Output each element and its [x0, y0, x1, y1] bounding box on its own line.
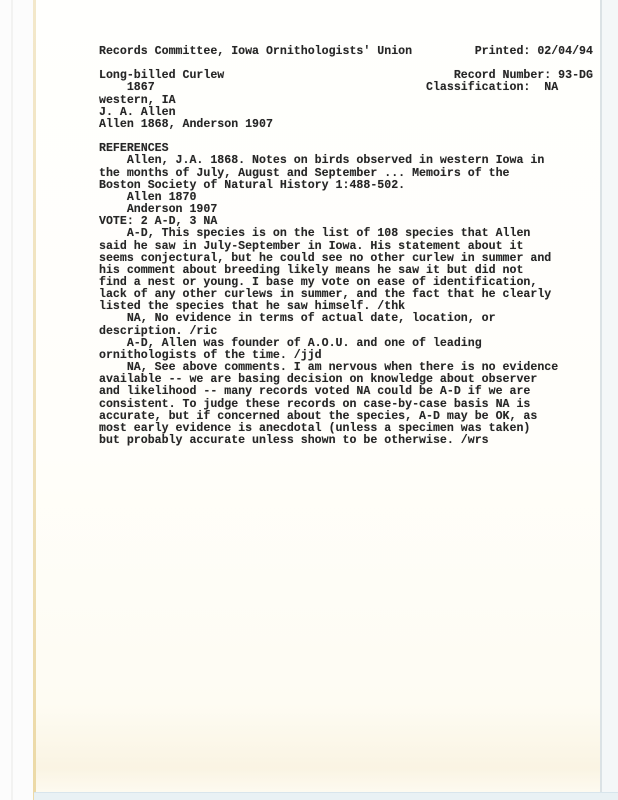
reference-allen-1868-line2: the months of July, August and September…	[99, 168, 593, 180]
vote-comment-thk-line2: said he saw in July-September in Iowa. H…	[99, 241, 593, 253]
vote-comment-wrs-line3: and likelihood -- many records voted NA …	[99, 386, 593, 398]
spacer-line	[99, 131, 593, 143]
vote-comment-thk-line1: A-D, This species is on the list of 108 …	[99, 228, 593, 240]
vote-comment-ric-line2: description. /ric	[99, 326, 593, 338]
vote-comment-wrs-line4: consistent. To judge these records on ca…	[99, 399, 593, 411]
page-left-edge	[33, 0, 36, 800]
underlying-sheet-edge	[11, 0, 13, 800]
date-classification-line: 1867 Classification: NA	[99, 82, 593, 94]
scanned-document: Records Committee, Iowa Ornithologists' …	[0, 0, 618, 800]
vote-comment-thk-line3: seems conjectural, but he could see no o…	[99, 253, 593, 265]
location-line: western, IA	[99, 95, 593, 107]
reference-allen-1868-line1: Allen, J.A. 1868. Notes on birds observe…	[99, 155, 593, 167]
typewritten-text-block: Records Committee, Iowa Ornithologists' …	[99, 46, 593, 447]
vote-comment-wrs-line7: but probably accurate unless shown to be…	[99, 435, 593, 447]
committee-printed-line: Records Committee, Iowa Ornithologists' …	[99, 46, 593, 58]
documentation-line: Allen 1868, Anderson 1907	[99, 119, 593, 131]
document-page: Records Committee, Iowa Ornithologists' …	[36, 0, 601, 800]
scanner-right-margin	[602, 0, 618, 800]
vote-comment-ric-line1: NA, No evidence in terms of actual date,…	[99, 313, 593, 325]
scanner-bottom-strip	[34, 792, 618, 800]
